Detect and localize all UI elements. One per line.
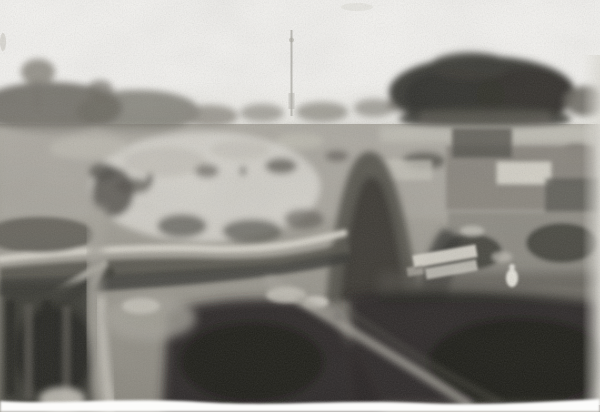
photograph xyxy=(0,0,600,412)
photo-canvas xyxy=(0,0,600,412)
print-mottle xyxy=(0,0,600,407)
photo-print xyxy=(0,0,600,412)
